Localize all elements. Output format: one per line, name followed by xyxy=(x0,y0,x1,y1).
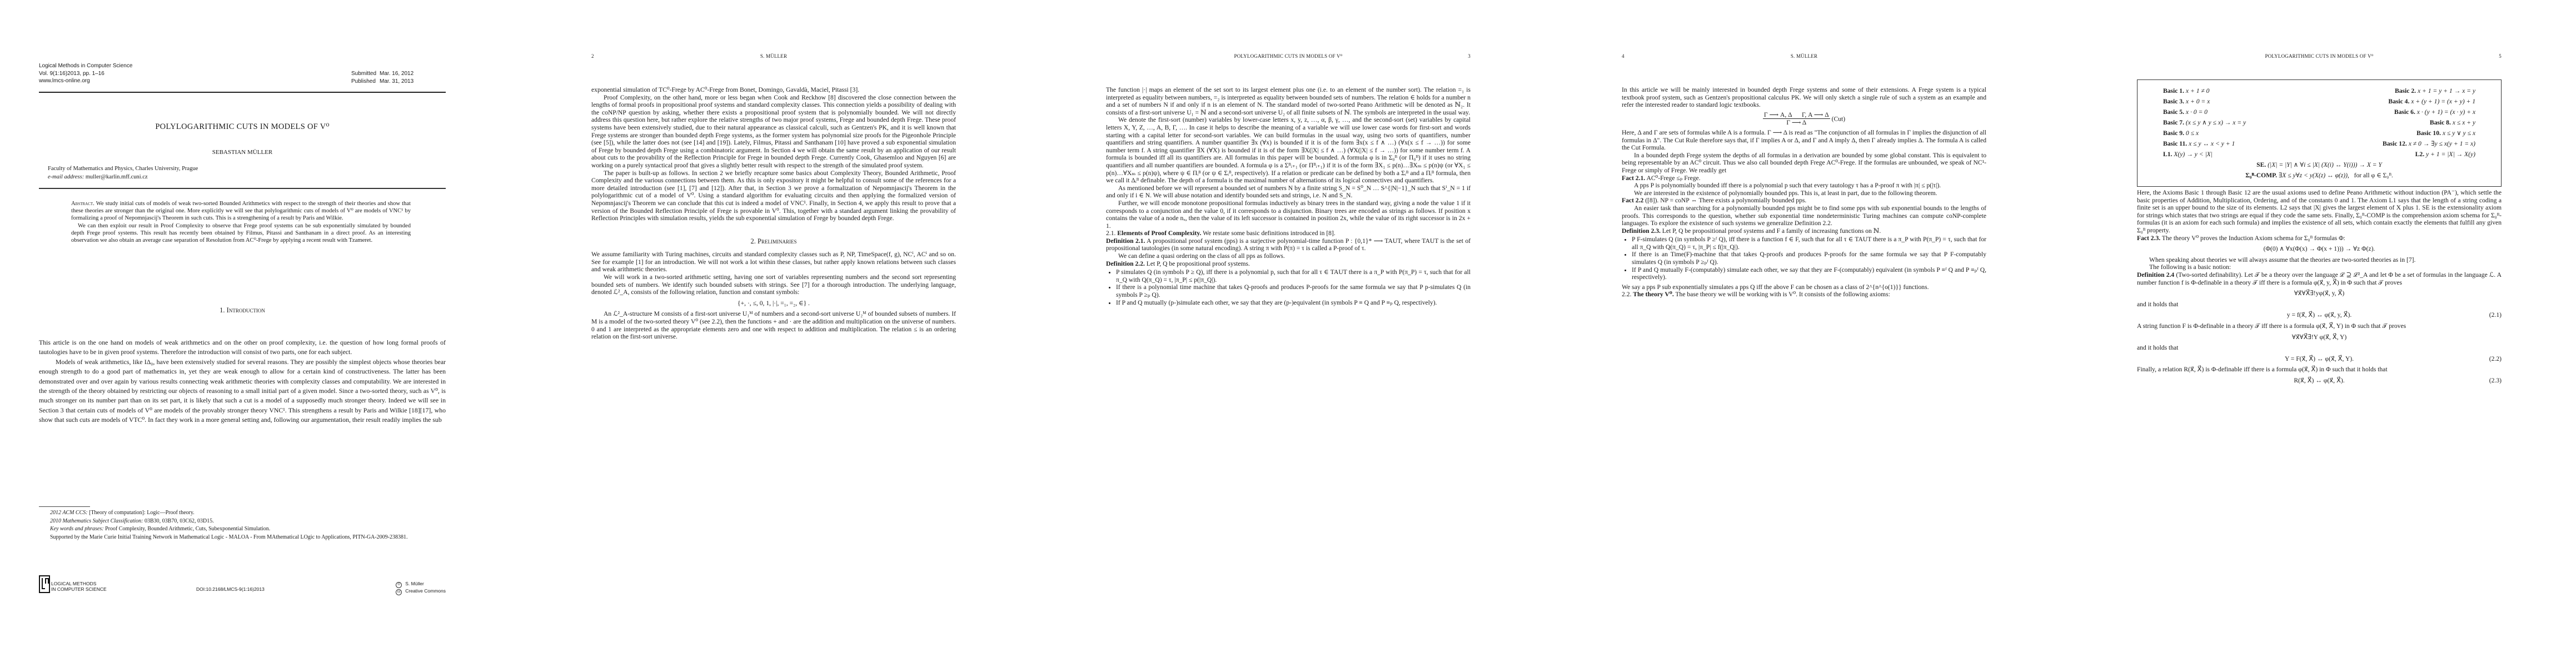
paragraph: In a bounded depth Frege system the dept… xyxy=(1622,152,1986,175)
author-name: SEBASTIAN MÜLLER xyxy=(39,149,446,156)
axiom-comp: Σ₀ᴮ-COMP. ∃X ≤ y∀z < y(X(z) ↔ φ(z)), for… xyxy=(2163,170,2475,181)
creative-commons-icon: cc xyxy=(396,589,402,595)
introduction-body: This article is on the one hand on model… xyxy=(39,338,446,425)
list-item: If there is a polynomial time machine th… xyxy=(1116,283,1471,298)
page-1: Logical Methods in Computer Science Vol.… xyxy=(0,0,515,667)
doi[interactable]: DOI:10.2168/LMCS-9(1:16)2013 xyxy=(196,586,265,592)
axiom-row: Basic 9. 0 ≤ xBasic 10. x ≤ y ∨ y ≤ x xyxy=(2163,128,2475,138)
definition-2-2: Definition 2.2. Let P, Q be propositiona… xyxy=(1106,260,1471,268)
paragraph: The function |·| maps an element of the … xyxy=(1106,86,1471,116)
running-head-text: POLYLOGARITHMIC CUTS IN MODELS OF V⁰ xyxy=(2137,53,2502,59)
page-body: The function |·| maps an element of the … xyxy=(1106,86,1471,308)
paragraph: Proof Complexity, on the other hand, mor… xyxy=(591,94,956,170)
journal-volume: Vol. 9(1:16)2013, pp. 1–16 xyxy=(39,70,132,78)
submitted-date: Mar. 16, 2012 xyxy=(380,70,417,78)
equation: ∀x⃗∀X⃗∃!Y φ(x⃗, X⃗, Y) xyxy=(2137,333,2502,341)
paragraph: and it holds that xyxy=(2137,344,2502,352)
paragraph: and it holds that xyxy=(2137,301,2502,308)
footnote: Supported by the Marie Curie Initial Tra… xyxy=(39,534,446,542)
fact-2-1: Fact 2.1. AC⁰-Frege ≤ₚ Frege. xyxy=(1622,175,1986,182)
definition-2-3: Definition 2.3. Let P, Q be propositiona… xyxy=(1622,227,1986,235)
list-item: P F-simulates Q (in symbols P ≥ᶠ Q), iff… xyxy=(1632,236,1986,251)
equation-tag: (2.1) xyxy=(2489,311,2502,319)
list-item: If P and Q mutually (p-)simulate each ot… xyxy=(1116,299,1471,307)
equation-induction: (Φ(0) ∧ ∀x(Φ(x) → Φ(x + 1))) → ∀z Φ(z). xyxy=(2137,245,2502,253)
subsection-title: Elements of Proof Complexity. xyxy=(1117,230,1201,237)
equation-symbols: {+, ·, ≤, 0, 1, |·|, =₁, =₂, ∈} . xyxy=(591,300,956,307)
submitted-label: Submitted xyxy=(351,70,380,78)
paragraph: The paper is built-up as follows. In sec… xyxy=(591,170,956,222)
subsection-title: The theory V⁰. xyxy=(1633,291,1673,298)
cut-premise-left: Γ ⟶ A, Δ xyxy=(1764,111,1792,118)
paragraph: As mentioned before we will represent a … xyxy=(1106,185,1471,200)
fact-2-2: Fact 2.2 ([8]). NP = coNP ⇔ There exists… xyxy=(1622,197,1986,205)
paragraph: Here, Δ and Γ are sets of formulas while… xyxy=(1622,129,1986,152)
definition-2-1: Definition 2.1. A propositional proof sy… xyxy=(1106,237,1471,252)
running-head-text: S. MÜLLER xyxy=(1622,53,1986,59)
paragraph: We denote the first-sort (number) variab… xyxy=(1106,116,1471,184)
footnote: Key words and phrases: Proof Complexity,… xyxy=(39,525,446,534)
running-head-text: S. MÜLLER xyxy=(591,53,956,59)
paper-title: POLYLOGARITHMIC CUTS IN MODELS OF V⁰ xyxy=(39,122,446,132)
equation-tag: (2.2) xyxy=(2489,355,2502,363)
paragraph: When speaking about theories we will alw… xyxy=(2137,256,2502,264)
abstract-rule xyxy=(39,188,446,189)
page-footer: LOGICAL METHODS IN COMPUTER SCIENCE DOI:… xyxy=(39,575,446,598)
paragraph: Models of weak arithmetics, like IΔ₀, ha… xyxy=(39,357,446,425)
footnote-rule xyxy=(39,506,90,507)
equation-2-2: Y = F(x⃗, X⃗) ↔ φ(x⃗, X⃗, Y).(2.2) xyxy=(2137,355,2502,363)
section-heading-introduction: 1. Introduction xyxy=(39,306,446,315)
footnote: 2012 ACM CCS: [Theory of computation]: L… xyxy=(39,509,446,517)
equation-2-1: y = f(x⃗, X⃗) ↔ φ(x⃗, y, X⃗).(2.1) xyxy=(2137,311,2502,319)
license-info: ©S. Müller ccCreative Commons xyxy=(396,581,446,595)
axiom-row: Basic 11. x ≤ y ↔ x < y + 1Basic 12. x ≠… xyxy=(2163,138,2475,149)
axiom-row: L1. X(y) → y < |X|L2. y + 1 = |X| → X(y) xyxy=(2163,149,2475,160)
lmcs-logo-icon xyxy=(39,575,50,593)
page-body: In this article we will be mainly intere… xyxy=(1622,86,1986,298)
paragraph: Further, we will encode monotone proposi… xyxy=(1106,200,1471,230)
page-5: POLYLOGARITHMIC CUTS IN MODELS OF V⁰ 5 B… xyxy=(2061,0,2576,667)
paragraph: We assume familiarity with Turing machin… xyxy=(591,251,956,273)
paragraph: We are interested in the existence of po… xyxy=(1622,190,1986,197)
license-name: Creative Commons xyxy=(405,588,446,594)
axiom-row: Basic 3. x + 0 = xBasic 4. x + (y + 1) =… xyxy=(2163,96,2475,107)
cut-premise-right: Γ, A ⟶ Δ xyxy=(1802,111,1829,118)
copyright-icon: © xyxy=(396,582,402,588)
journal-name: Logical Methods in Computer Science xyxy=(39,62,132,70)
header-rule xyxy=(39,92,446,93)
paragraph: A string function F is Φ-definable in a … xyxy=(2137,322,2502,330)
page-4: 4 S. MÜLLER In this article we will be m… xyxy=(1546,0,2061,667)
abstract: Abstract. We study initial cuts of model… xyxy=(71,200,411,244)
publication-dates: SubmittedMar. 16, 2012 PublishedMar. 31,… xyxy=(351,70,417,85)
footnote: 2010 Mathematics Subject Classification:… xyxy=(39,517,446,526)
footnotes: 2012 ACM CCS: [Theory of computation]: L… xyxy=(39,509,446,541)
axiom-box: Basic 1. x + 1 ≠ 0Basic 2. x + 1 = y + 1… xyxy=(2137,79,2502,187)
paragraph: An ℒ²_A-structure M consists of a first-… xyxy=(591,310,956,340)
axiom-se: SE. (|X| = |Y| ∧ ∀i ≤ |X| (X(i) ↔ Y(i)))… xyxy=(2163,160,2475,170)
email-address[interactable]: muller@karlin.mff.cuni.cz xyxy=(86,174,148,180)
equation-tag: (2.3) xyxy=(2489,377,2502,385)
published-label: Published xyxy=(351,78,380,86)
affiliation: Faculty of Mathematics and Physics, Char… xyxy=(48,165,198,181)
section-heading-preliminaries: 2. Preliminaries xyxy=(591,238,956,246)
equation: ∀x⃗∀X⃗∃!yφ(x⃗, y, X⃗) xyxy=(2137,290,2502,297)
subsection-2-1: 2.1. Elements of Proof Complexity. We re… xyxy=(1106,230,1471,237)
page-number: 3 xyxy=(1468,53,1471,59)
definition-2-3-list: P F-simulates Q (in symbols P ≥ᶠ Q), iff… xyxy=(1622,236,1986,281)
page-2: 2 S. MÜLLER exponential simulation of TC… xyxy=(515,0,1030,667)
cut-conclusion: Γ ⟶ Δ xyxy=(1763,119,1830,127)
definition-2-4: Definition 2.4 (Two-sorted definability)… xyxy=(2137,271,2502,286)
equation-2-3: R(x⃗, X⃗) ↔ φ(x⃗, X⃗).(2.3) xyxy=(2137,377,2502,385)
page-body: Basic 1. x + 1 ≠ 0Basic 2. x + 1 = y + 1… xyxy=(2137,79,2502,387)
running-head-text: POLYLOGARITHMIC CUTS IN MODELS OF V⁰ xyxy=(1106,53,1471,59)
cut-rule-name: (Cut) xyxy=(1832,115,1845,122)
paragraph: This article is on the one hand on model… xyxy=(39,338,446,357)
fact-2-3: Fact 2.3. The theory V⁰ proves the Induc… xyxy=(2137,235,2502,242)
axiom-row: Basic 5. x · 0 = 0Basic 6. x · (y + 1) =… xyxy=(2163,107,2475,117)
paragraph: The following is a basic notion: xyxy=(2137,263,2502,271)
page-body: exponential simulation of TC⁰-Frege by A… xyxy=(591,86,956,341)
paragraph: exponential simulation of TC⁰-Frege by A… xyxy=(591,86,956,94)
paragraph: Here, the Axioms Basic 1 through Basic 1… xyxy=(2137,189,2502,235)
page-3: POLYLOGARITHMIC CUTS IN MODELS OF V⁰ 3 T… xyxy=(1030,0,1546,667)
email-line: e-mail address: muller@karlin.mff.cuni.c… xyxy=(48,173,198,181)
journal-info: Logical Methods in Computer Science Vol.… xyxy=(39,62,132,85)
axiom-row: Basic 7. (x ≤ y ∧ y ≤ x) → x = yBasic 8.… xyxy=(2163,117,2475,128)
paragraph: We can define a quasi ordering on the cl… xyxy=(1106,252,1471,260)
subsection-2-2: 2.2. The theory V⁰. The base theory we w… xyxy=(1622,291,1986,298)
cut-rule: Γ ⟶ A, Δ Γ, A ⟶ Δ Γ ⟶ Δ (Cut) xyxy=(1622,111,1986,127)
paragraph: Finally, a relation R(x⃗, X⃗) is Φ-defin… xyxy=(2137,366,2502,374)
lmcs-logo-text: LOGICAL METHODS IN COMPUTER SCIENCE xyxy=(51,581,107,592)
paragraph: We say a pps P sub exponentially simulat… xyxy=(1622,283,1986,291)
paragraph: In this article we will be mainly intere… xyxy=(1622,86,1986,109)
page-number: 5 xyxy=(2499,53,2502,59)
axiom-row: Basic 1. x + 1 ≠ 0Basic 2. x + 1 = y + 1… xyxy=(2163,86,2475,96)
paragraph: A pps P is polynomially bounded iff ther… xyxy=(1622,182,1986,190)
paragraph: We will work in a two-sorted arithmetic … xyxy=(591,273,956,296)
affiliation-text: Faculty of Mathematics and Physics, Char… xyxy=(48,165,198,173)
email-label: e-mail address: xyxy=(48,174,84,180)
list-item: P simulates Q (in symbols P ≥ Q), iff th… xyxy=(1116,268,1471,283)
copyright-holder: S. Müller xyxy=(405,581,424,586)
definition-2-2-list: P simulates Q (in symbols P ≥ Q), iff th… xyxy=(1106,268,1471,306)
list-item: If there is an Time(F)-machine that that… xyxy=(1632,251,1986,266)
abstract-paragraph: We can then exploit our result in Proof … xyxy=(71,222,411,245)
abstract-label: Abstract. xyxy=(71,201,94,207)
published-date: Mar. 31, 2013 xyxy=(380,78,417,86)
journal-url[interactable]: www.lmcs-online.org xyxy=(39,77,132,85)
list-item: If P and Q mutually F-(computably) simul… xyxy=(1632,266,1986,281)
paragraph: An easier task than searching for a poly… xyxy=(1622,205,1986,227)
abstract-paragraph: We study initial cuts of models of weak … xyxy=(71,201,411,221)
